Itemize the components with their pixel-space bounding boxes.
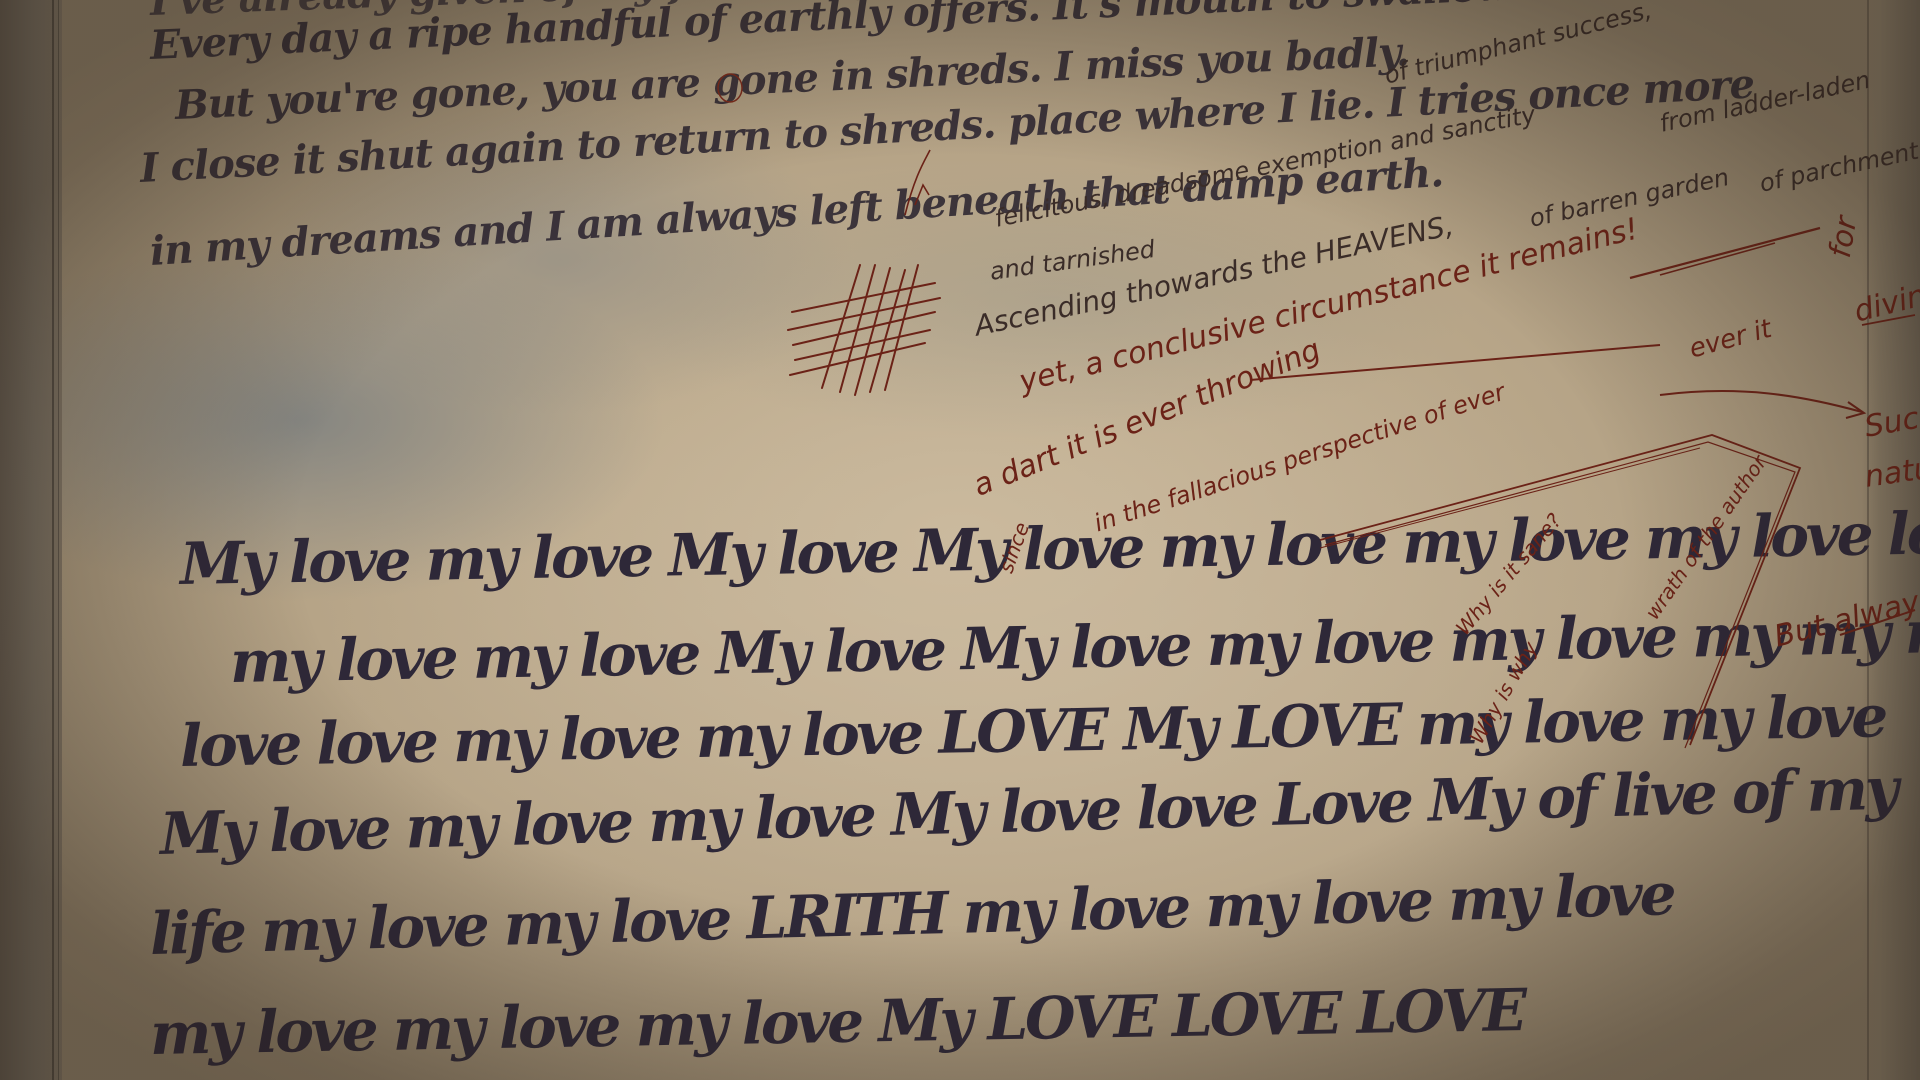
pen-flourish [905,150,930,215]
circle-mark [718,74,742,102]
underline-mark [1630,228,1820,278]
arrow-right-icon [1660,391,1864,418]
crossed-lines-mark [788,265,940,395]
parchment-page: I've already given of my flesh and of ea… [0,0,1920,1080]
pen-strokes-overlay [0,0,1920,1080]
